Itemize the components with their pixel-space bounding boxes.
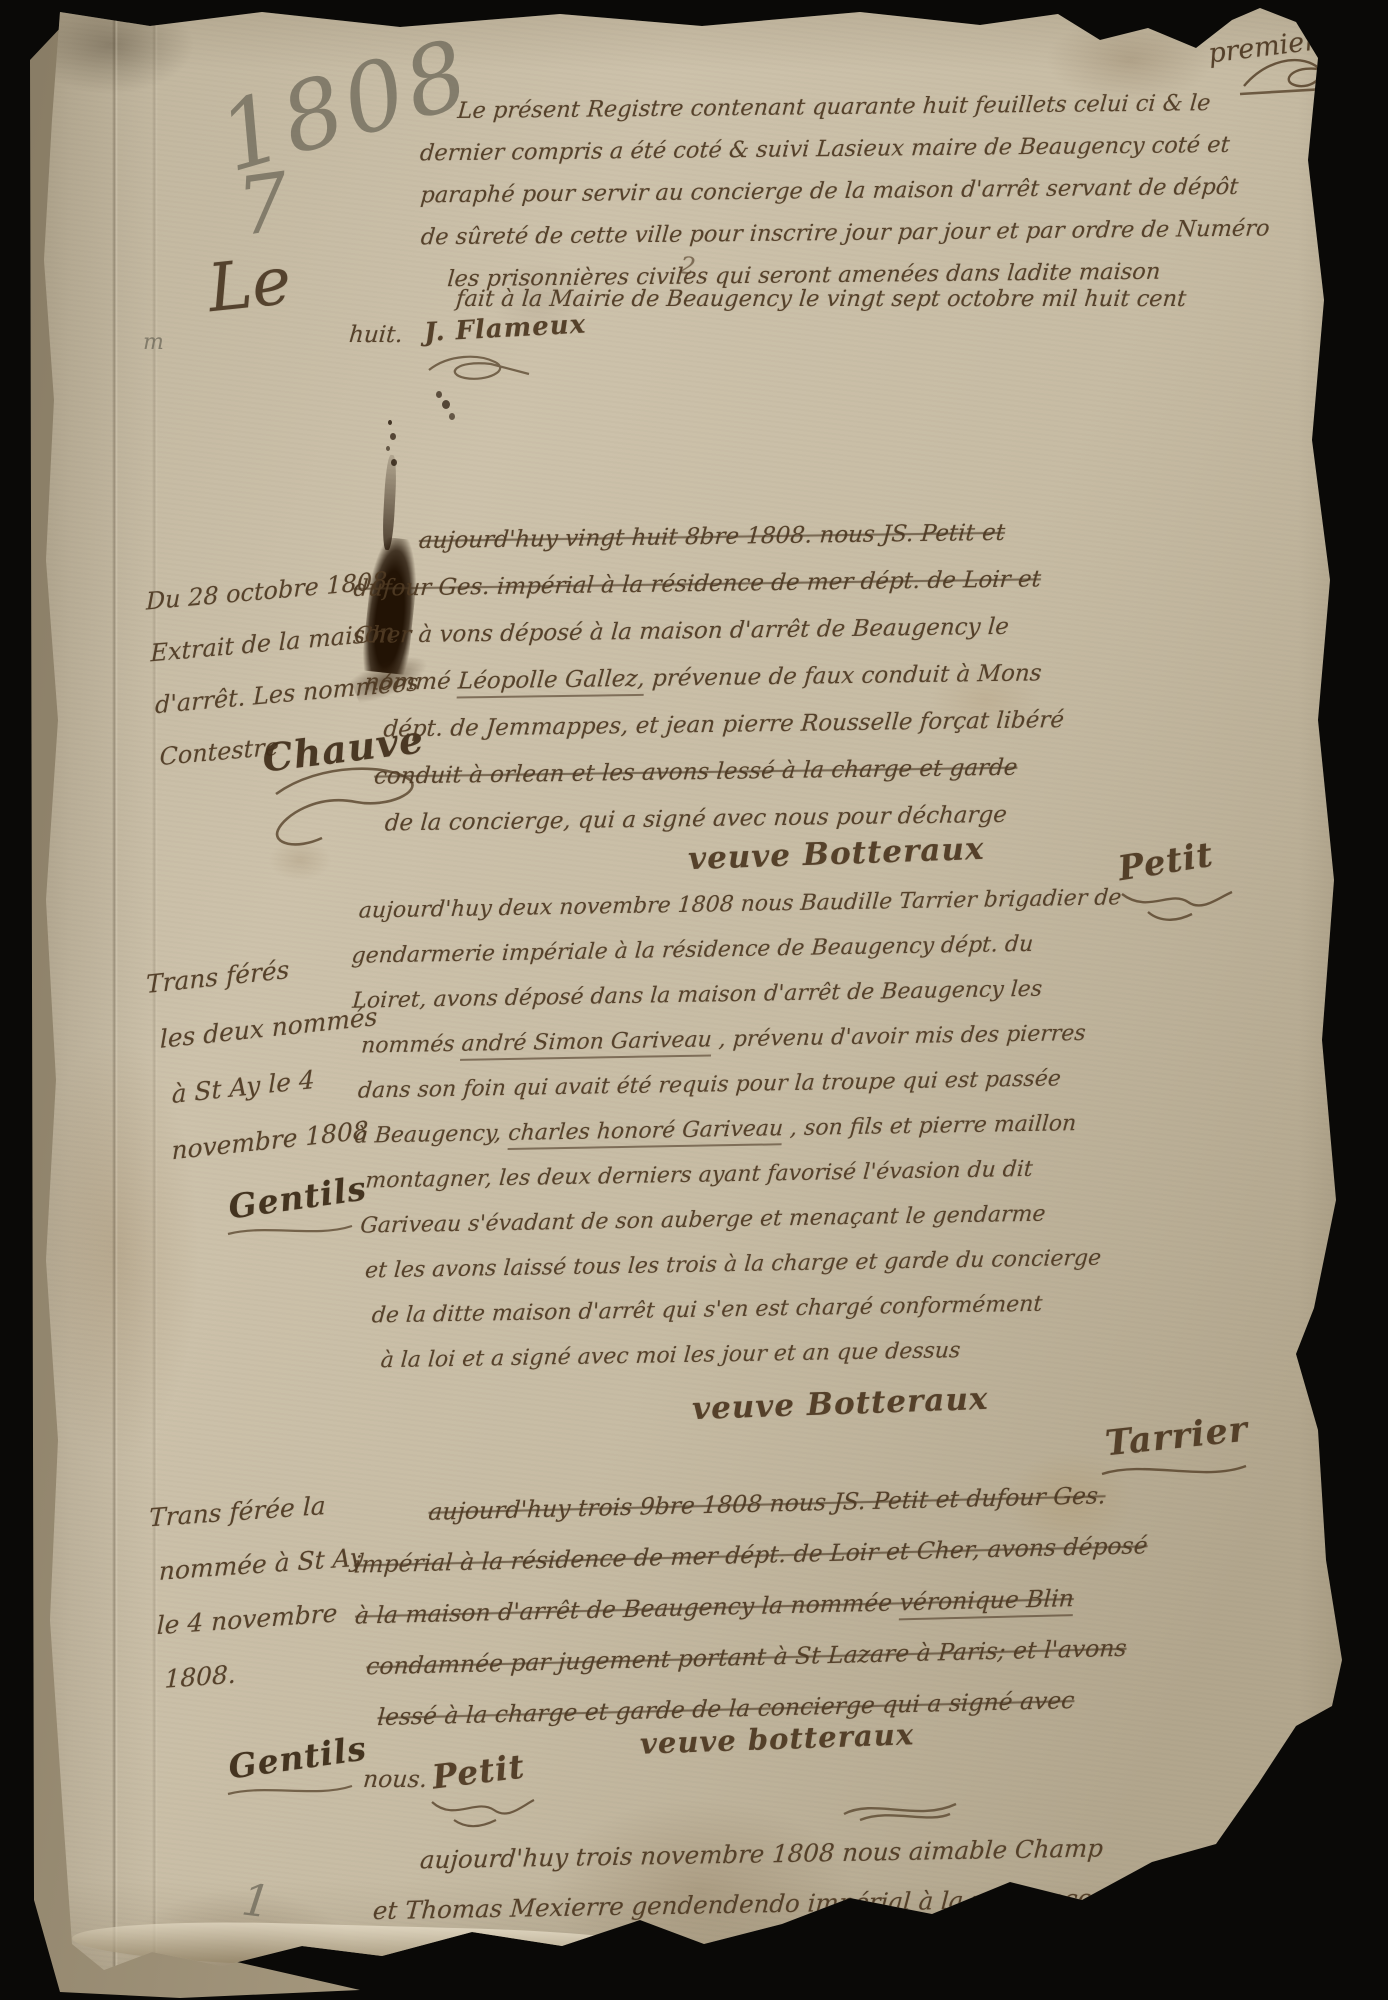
gentils-underline-1	[226, 1222, 356, 1242]
mayor-paraph-flourish	[425, 352, 535, 388]
margin-letter-m: m	[143, 330, 164, 355]
entry-2-body: aujourd'huy deux novembre 1808 nous Baud…	[348, 885, 1127, 1393]
entry3-name-blin: véronique Blin	[899, 1584, 1075, 1620]
preamble-block: Le présent Registre contenant quarante h…	[417, 90, 1268, 309]
entry4-line-1: aujourd'huy trois novembre 1808 nous aim…	[418, 1833, 1104, 1895]
scan-background: premier 1808 7 Le m 2 1 Le présent Regis…	[0, 0, 1388, 2000]
manuscript-page: premier 1808 7 Le m 2 1 Le présent Regis…	[0, 0, 1388, 2000]
entry2-name-gariveau: andré Simon Gariveau	[460, 1027, 712, 1060]
ink-blot-drips	[388, 420, 392, 425]
gentils-underline-2	[226, 1782, 356, 1802]
preamble-dateline: fait à la Mairie de Beaugency le vingt s…	[455, 286, 1187, 312]
petit-paraph-flourish-1	[1118, 884, 1238, 924]
petit-paraph-flourish-2	[428, 1794, 538, 1830]
entry-3-margin: Trans férée la nommée à St Ay le 4 novem…	[145, 1489, 371, 1719]
entry-3-body: aujourd'huy trois 9bre 1808 nous JS. Pet…	[349, 1480, 1149, 1754]
entry-4-body: aujourd'huy trois novembre 1808 nous aim…	[351, 1833, 1103, 1996]
entry3-nous: nous.	[362, 1765, 428, 1793]
entry2-line4-post: , prévenu d'avoir mis des pierres	[711, 1021, 1087, 1053]
entry1-name-gallez: Léopolle Gallez,	[457, 666, 646, 699]
entry1-line4-post: prévenue de faux conduit à Mons	[644, 660, 1043, 692]
entry2-name-gariveau-fils: charles honoré Gariveau	[507, 1116, 784, 1150]
entry2-line4-pre: nommés	[360, 1032, 462, 1059]
preamble-dateline-2: huit.	[348, 322, 404, 348]
entry2-line6-post: , son fils et pierre maillon	[782, 1111, 1077, 1141]
spine-crease	[112, 0, 118, 2000]
entry1-line4-pre: nommé	[364, 668, 459, 695]
closing-squiggle	[840, 1796, 960, 1826]
entry-1-body: aujourd'huy vingt huit 8bre 1808. nous J…	[350, 519, 1063, 858]
entry2-line6-pre: à Beaugency,	[354, 1121, 509, 1149]
initial-le-mark: Le	[204, 242, 294, 327]
entry4-line-3: avons déposé dans	[361, 1933, 1105, 1996]
